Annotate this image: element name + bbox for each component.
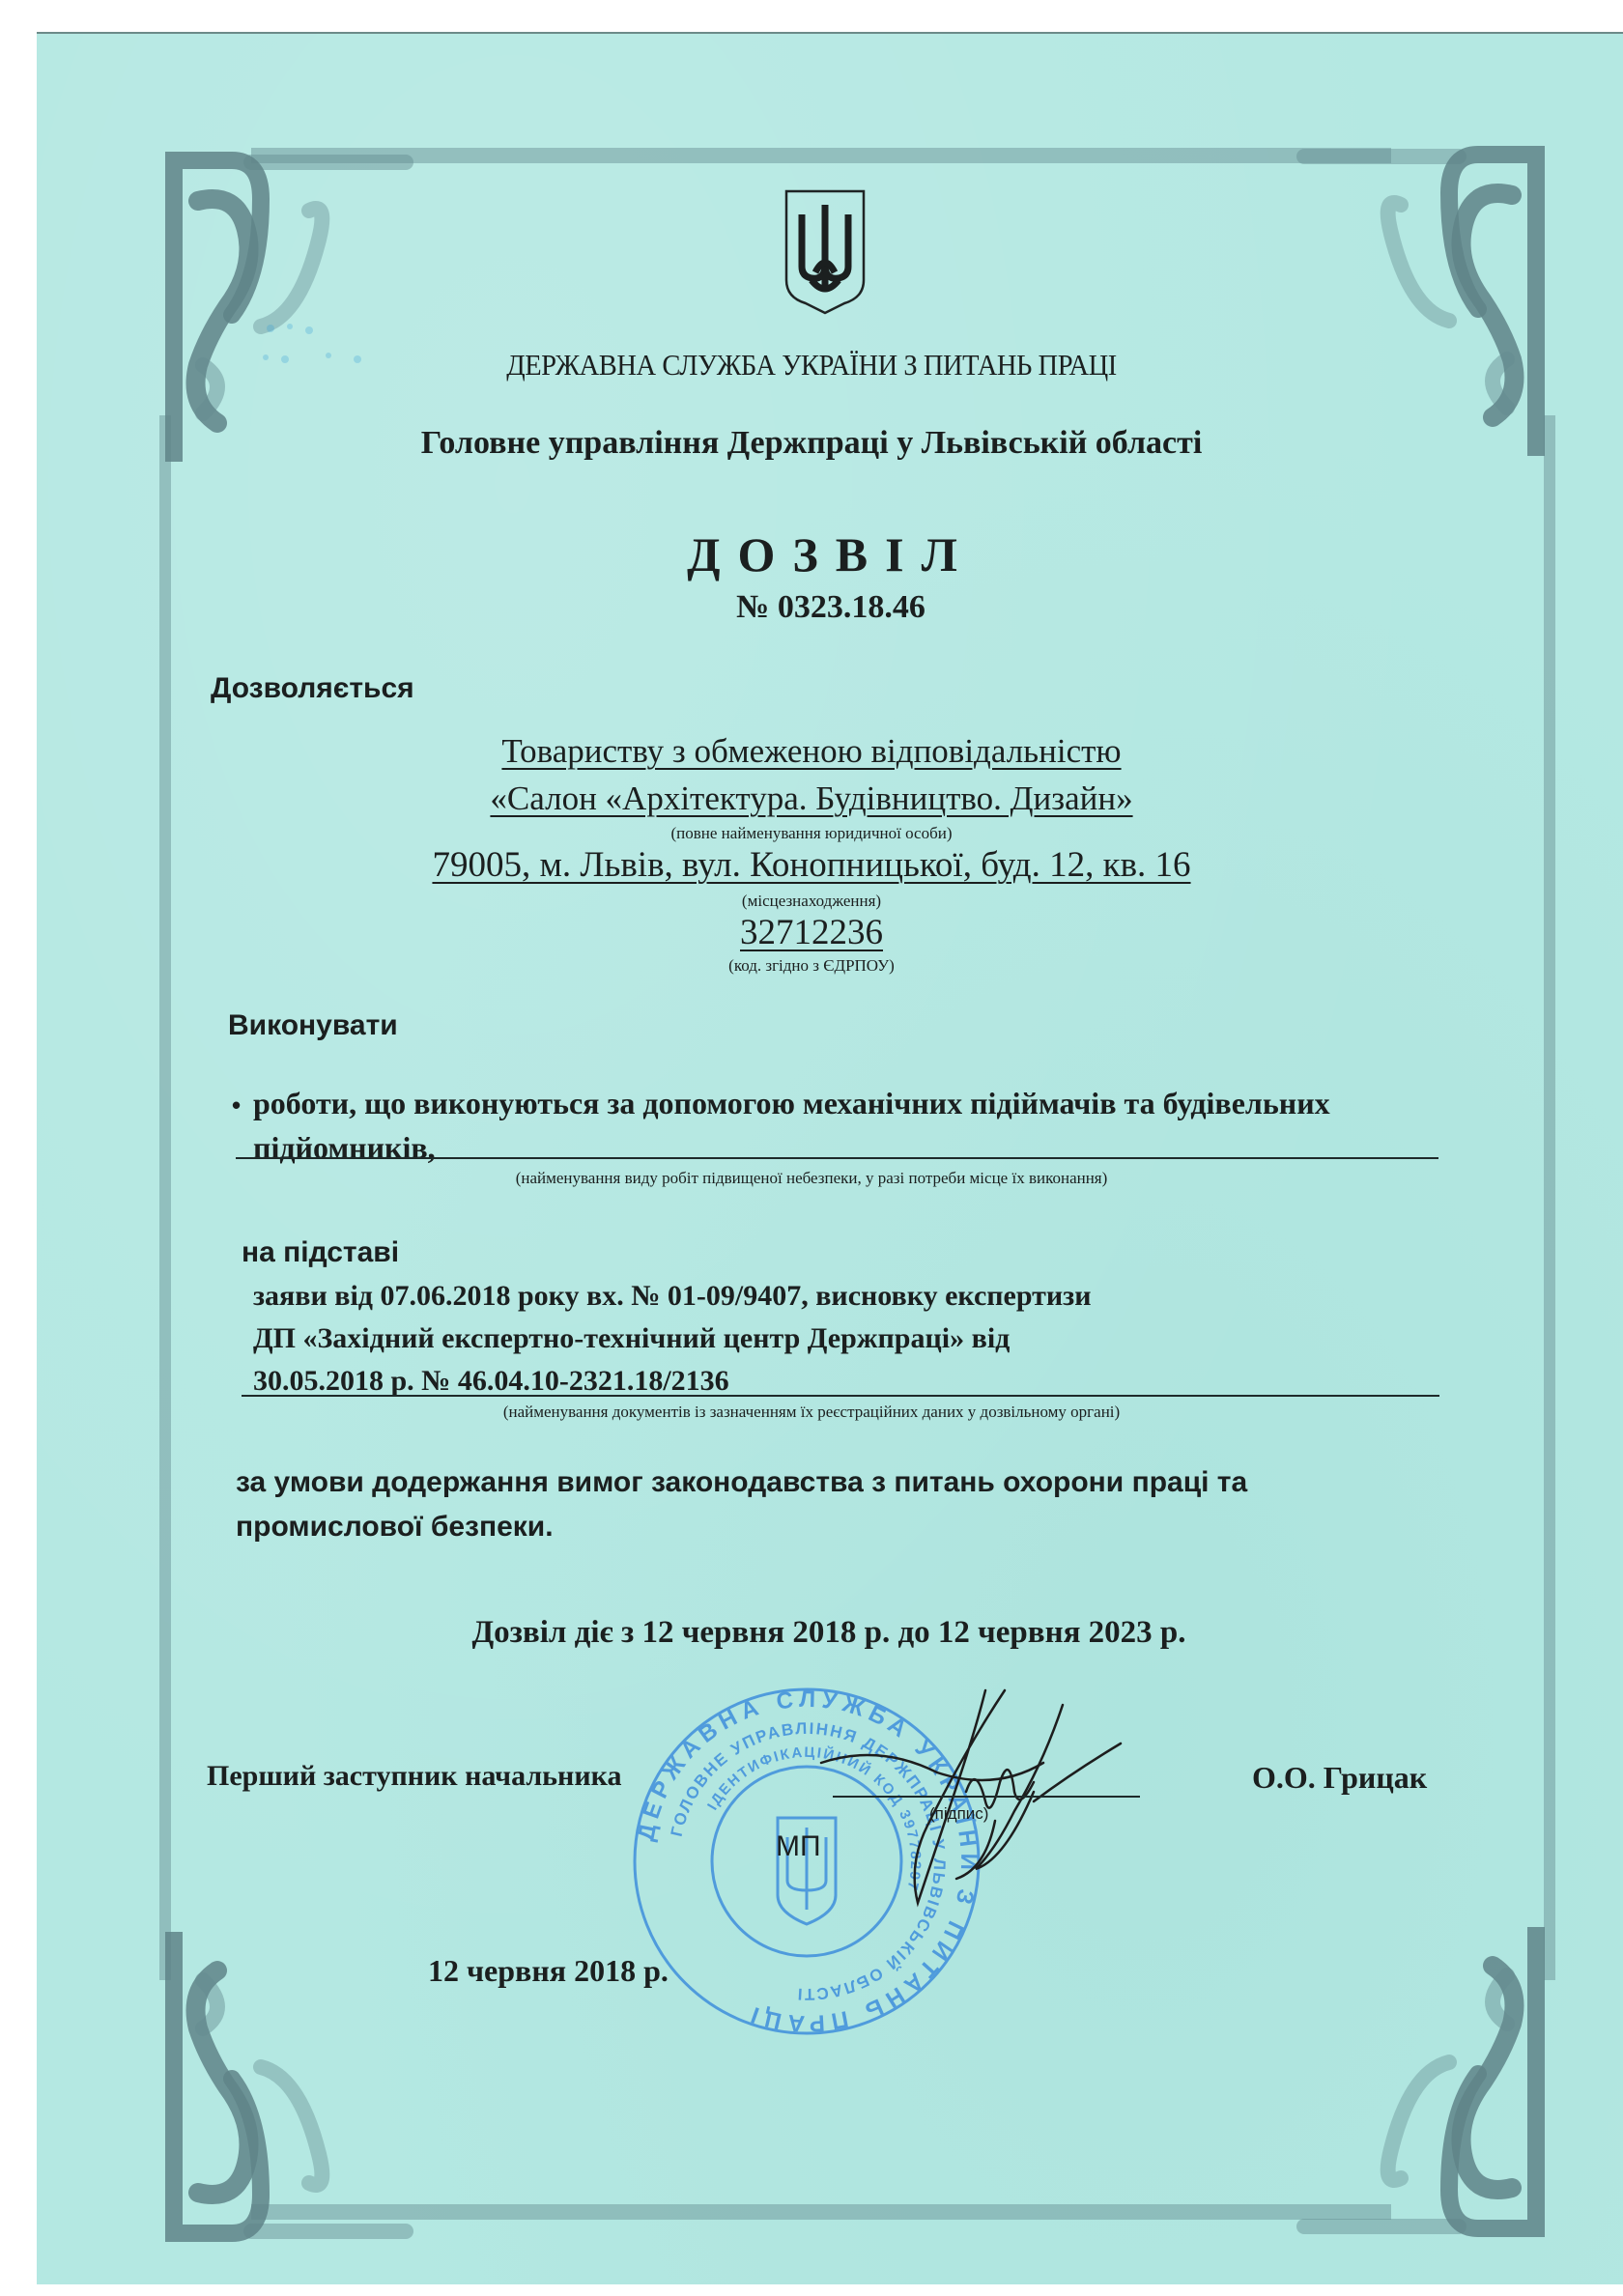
condition-text: за умови додержання вимог законодавства … (236, 1460, 1443, 1549)
edrpou-caption: (код. згідно з ЄДРПОУ) (0, 956, 1623, 976)
basis-caption: (найменування документів із зазначенням … (0, 1403, 1623, 1422)
border-line-right (1544, 415, 1555, 1980)
organization-name-line2: «Салон «Архітектура. Будівництво. Дизайн… (0, 780, 1623, 818)
basis-documents: заяви від 07.06.2018 року вх. № 01-09/94… (253, 1275, 1441, 1403)
work-line-2: підйомників, (232, 1126, 1449, 1169)
handwritten-signature (811, 1686, 1169, 1917)
border-line-left (159, 415, 171, 1980)
permitted-label: Дозволяється (211, 672, 414, 705)
document-number: № 0323.18.46 (0, 589, 1623, 626)
department-name: Головне управління Держпраці у Львівські… (0, 425, 1623, 462)
organization-address: 79005, м. Львів, вул. Конопницької, буд.… (0, 844, 1623, 886)
signer-name: О.О. Грицак (1252, 1760, 1427, 1796)
edrpou-code: 32712236 (0, 912, 1623, 953)
perform-label: Виконувати (228, 1009, 398, 1042)
work-description: •роботи, що виконуються за допомогою мех… (232, 1082, 1449, 1169)
seal-place-label: МП (776, 1830, 821, 1863)
ornament-corner-bottom-left-icon (145, 1932, 435, 2251)
basis-underline (242, 1395, 1439, 1397)
work-line-1: роботи, що виконуються за допомогою меха… (253, 1086, 1330, 1120)
signature-caption: (підпис) (929, 1804, 988, 1824)
work-underline (236, 1157, 1438, 1159)
organization-name-line1: Товариству з обмеженою відповідальністю (0, 732, 1623, 771)
basis-line-2: ДП «Західний експертно-технічний центр Д… (253, 1318, 1441, 1360)
document-title: ДОЗВІЛ (0, 526, 1623, 582)
ornament-corner-top-right-icon (1275, 137, 1565, 456)
signature-line (833, 1796, 1140, 1798)
issue-date: 12 червня 2018 р. (428, 1953, 669, 1989)
work-caption: (найменування виду робіт підвищеної небе… (0, 1169, 1623, 1188)
validity-period: Дозвіл діє з 12 червня 2018 р. до 12 чер… (0, 1615, 1623, 1651)
address-caption: (місцезнаходження) (0, 892, 1623, 911)
organization-name-caption: (повне найменування юридичної особи) (0, 824, 1623, 843)
condition-line-1: за умови додержання вимог законодавства … (236, 1460, 1443, 1505)
basis-label: на підставі (242, 1236, 399, 1269)
bullet-icon: • (232, 1084, 253, 1126)
ornament-corner-bottom-right-icon (1275, 1927, 1565, 2246)
signer-title: Перший заступник начальника (207, 1760, 621, 1793)
tryzub-coat-of-arms-icon (781, 184, 869, 319)
condition-line-2: промислової безпеки. (236, 1505, 1443, 1549)
agency-name: ДЕРЖАВНА СЛУЖБА УКРАЇНИ З ПИТАНЬ ПРАЦІ (65, 348, 1558, 383)
basis-line-1: заяви від 07.06.2018 року вх. № 01-09/94… (253, 1275, 1441, 1318)
